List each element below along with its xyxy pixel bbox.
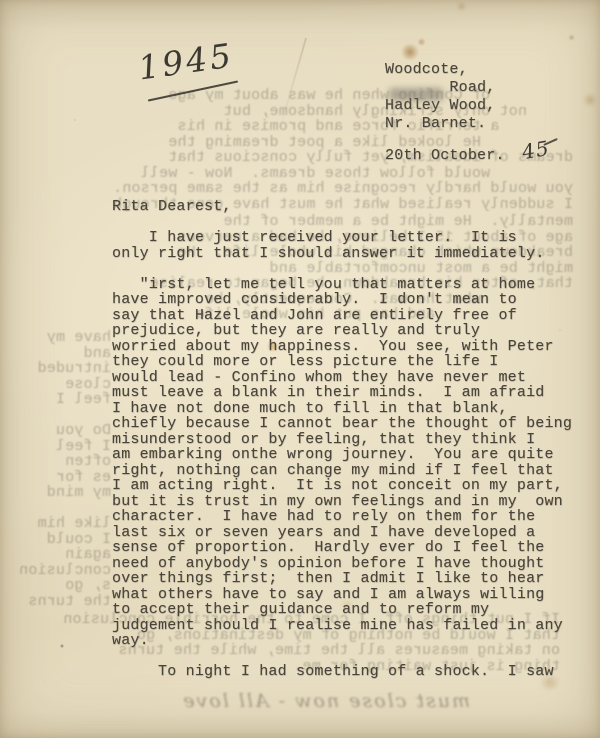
stain: [582, 94, 598, 106]
bleed-through-left-margin: have my and intruded close feel I Do you…: [6, 330, 111, 609]
stain: [456, 2, 467, 11]
letter-page: of Confino when he was about my age not …: [0, 0, 600, 738]
letter-body: Rita Dearest, I have just received your …: [112, 199, 572, 680]
bleed-through-handwriting: must close now - All love: [110, 690, 470, 712]
stain: [400, 44, 420, 60]
handwritten-year: 1945: [136, 36, 236, 88]
handwritten-year-note: 45: [520, 136, 551, 164]
redacted-street-name: [389, 88, 443, 101]
date-line: 20th October.: [385, 147, 505, 165]
stain: [568, 34, 575, 41]
stain: [417, 38, 426, 46]
